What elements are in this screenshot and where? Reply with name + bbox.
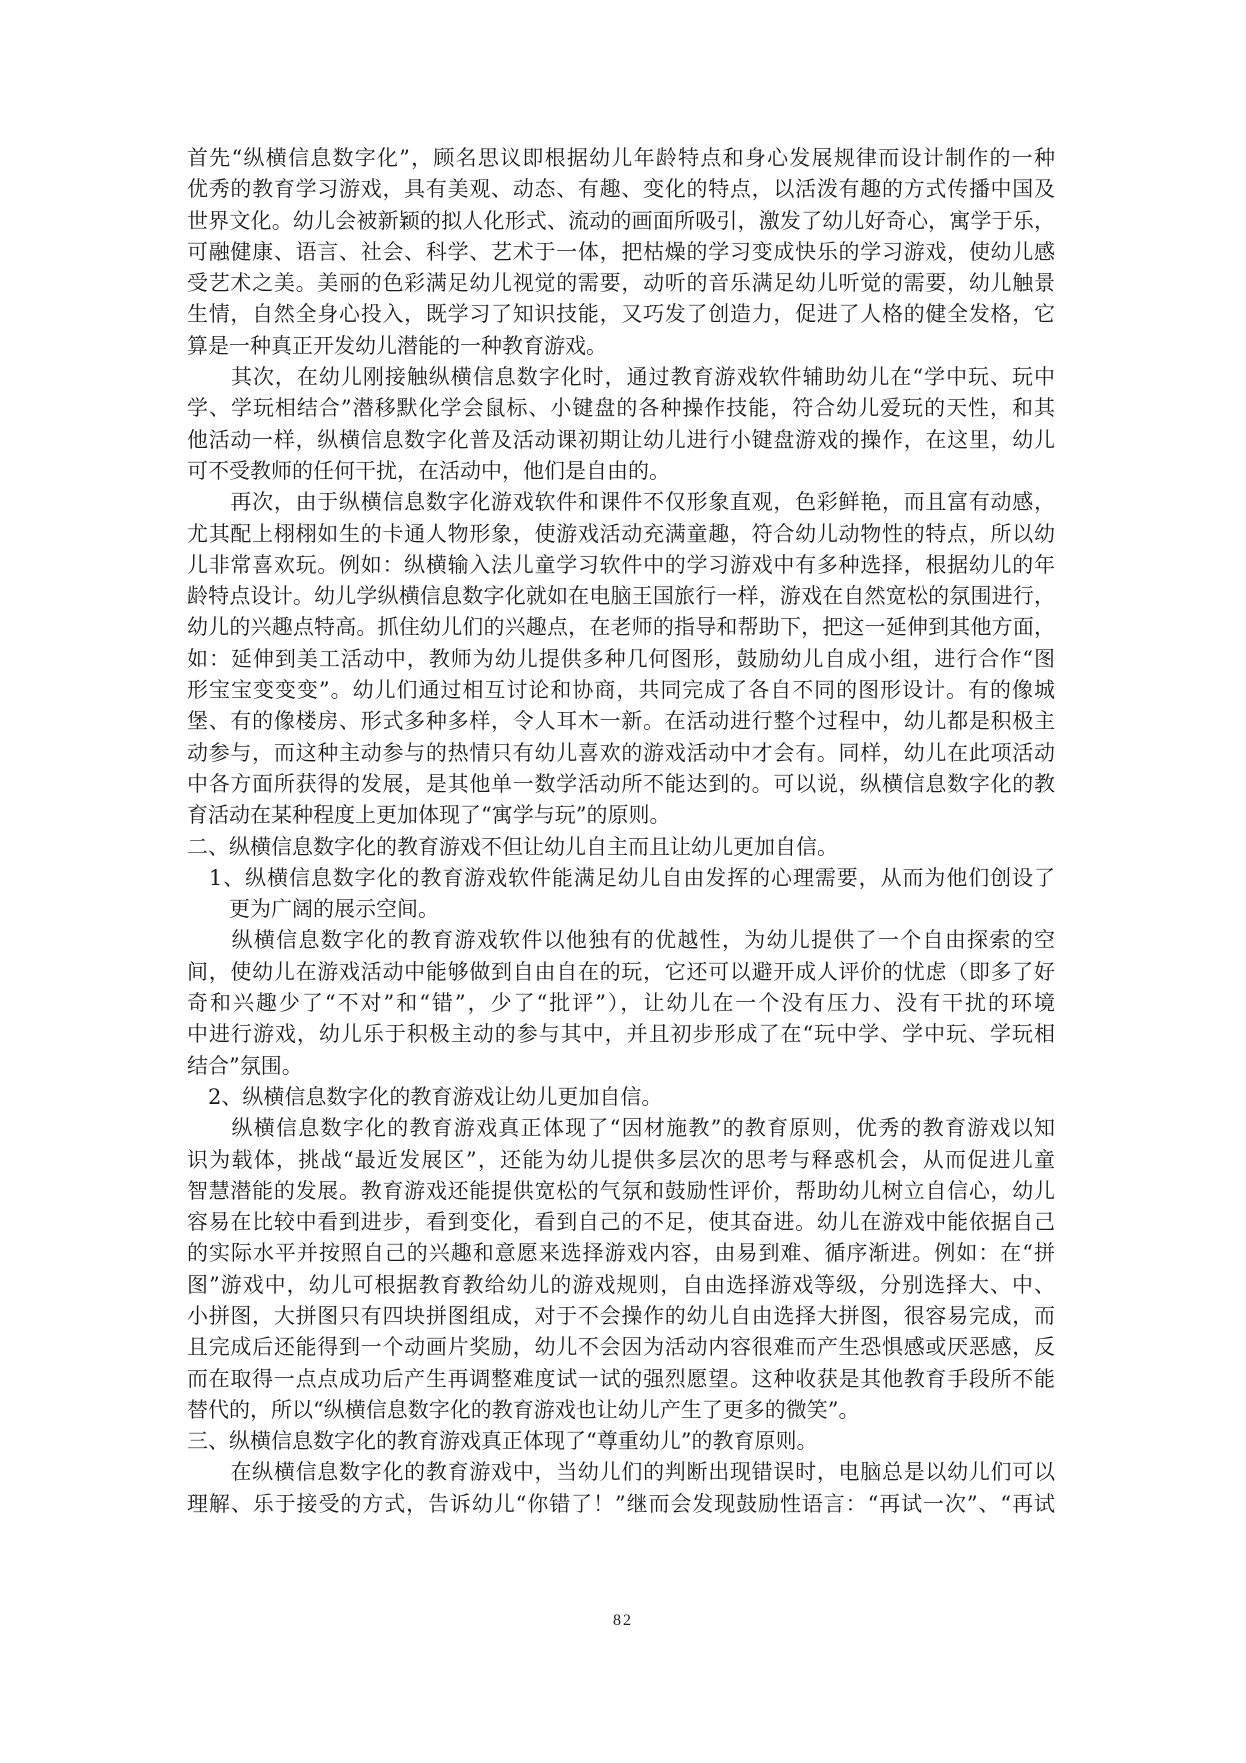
text-line: 再次，由于纵横信息数字化游戏软件和课件不仅形象直观，色彩鲜艳，而且富有动感， xyxy=(187,487,1055,518)
text-line: 替代的，所以“纵横信息数字化的教育游戏也让幼儿产生了更多的微笑”。 xyxy=(187,1395,1055,1426)
text-line: 其次，在幼儿刚接触纵横信息数字化时，通过教育游戏软件辅助幼儿在“学中玩、玩中 xyxy=(187,362,1055,393)
text-line: 而在取得一点点成功后产生再调整难度试一试的强烈愿望。这种收获是其他教育手段所不能 xyxy=(187,1364,1055,1395)
text-line: 容易在比较中看到进步，看到变化，看到自己的不足，使其奋进。幼儿在游戏中能依据自己 xyxy=(187,1207,1055,1238)
text-line: 优秀的教育学习游戏，具有美观、动态、有趣、变化的特点，以活泼有趣的方式传播中国及 xyxy=(187,174,1055,205)
text-line: 纵横信息数字化的教育游戏软件以他独有的优越性，为幼儿提供了一个自由探索的空 xyxy=(187,925,1055,956)
document-page: 首先“纵横信息数字化”，顾名思议即根据幼儿年龄特点和身心发展规律而设计制作的一种… xyxy=(0,0,1246,1763)
text-line: 奇和兴趣少了“不对”和“错”，少了“批评”），让幼儿在一个没有压力、没有干扰的环… xyxy=(187,988,1055,1019)
text-line: 可融健康、语言、社会、科学、艺术于一体，把枯燥的学习变成快乐的学习游戏，使幼儿感 xyxy=(187,237,1055,268)
text-line: 动参与，而这种主动参与的热情只有幼儿喜欢的游戏活动中才会有。同样，幼儿在此项活动 xyxy=(187,738,1055,769)
text-line: 理解、乐于接受的方式，告诉幼儿“你错了！”继而会发现鼓励性语言：“再试一次”、“… xyxy=(187,1489,1055,1520)
text-line: 图”游戏中，幼儿可根据教育教给幼儿的游戏规则，自由选择游戏等级，分别选择大、中、 xyxy=(187,1270,1055,1301)
text-line: 1、纵横信息数字化的教育游戏软件能满足幼儿自由发挥的心理需要，从而为他们创设了 xyxy=(187,863,1055,894)
text-line: 二、纵横信息数字化的教育游戏不但让幼儿自主而且让幼儿更加自信。 xyxy=(187,832,1055,863)
text-line: 生情，自然全身心投入，既学习了知识技能，又巧发了创造力，促进了人格的健全发格，它 xyxy=(187,299,1055,330)
text-line: 幼儿的兴趣点特高。抓住幼儿们的兴趣点，在老师的指导和帮助下，把这一延伸到其他方面… xyxy=(187,612,1055,643)
text-line: 三、纵横信息数字化的教育游戏真正体现了“尊重幼儿”的教育原则。 xyxy=(187,1426,1055,1457)
text-line: 如：延伸到美工活动中，教师为幼儿提供多种几何图形，鼓励幼儿自成小组，进行合作“图 xyxy=(187,644,1055,675)
text-line: 小拼图，大拼图只有四块拼图组成，对于不会操作的幼儿自由选择大拼图，很容易完成，而 xyxy=(187,1301,1055,1332)
text-line: 算是一种真正开发幼儿潜能的一种教育游戏。 xyxy=(187,331,1055,362)
text-line: 中各方面所获得的发展，是其他单一数学活动所不能达到的。可以说，纵横信息数字化的教 xyxy=(187,769,1055,800)
text-line: 且完成后还能得到一个动画片奖励，幼儿不会因为活动内容很难而产生恐惧感或厌恶感，反 xyxy=(187,1332,1055,1363)
text-line: 尤其配上栩栩如生的卡通人物形象，使游戏活动充满童趣，符合幼儿动物性的特点，所以幼 xyxy=(187,519,1055,550)
text-line: 育活动在某种程度上更加体现了“寓学与玩”的原则。 xyxy=(187,800,1055,831)
text-line: 儿非常喜欢玩。例如：纵横输入法儿童学习软件中的学习游戏中有多种选择，根据幼儿的年 xyxy=(187,550,1055,581)
text-line: 的实际水平并按照自己的兴趣和意愿来选择游戏内容，由易到难、循序渐进。例如：在“拼 xyxy=(187,1238,1055,1269)
text-line: 他活动一样，纵横信息数字化普及活动课初期让幼儿进行小键盘游戏的操作，在这里，幼儿 xyxy=(187,425,1055,456)
page-number: 82 xyxy=(0,1612,1246,1630)
text-line: 中进行游戏，幼儿乐于积极主动的参与其中，并且初步形成了在“玩中学、学中玩、学玩相 xyxy=(187,1019,1055,1050)
body-text: 首先“纵横信息数字化”，顾名思议即根据幼儿年龄特点和身心发展规律而设计制作的一种… xyxy=(187,143,1055,1520)
text-line: 更为广阔的展示空间。 xyxy=(187,894,1055,925)
text-line: 堡、有的像楼房、形式多种多样，令人耳木一新。在活动进行整个过程中，幼儿都是积极主 xyxy=(187,706,1055,737)
text-line: 受艺术之美。美丽的色彩满足幼儿视觉的需要，动听的音乐满足幼儿听觉的需要，幼儿触景 xyxy=(187,268,1055,299)
text-line: 形宝宝变变变”。幼儿们通过相互讨论和协商，共同完成了各自不同的图形设计。有的像城 xyxy=(187,675,1055,706)
text-line: 学、学玩相结合”潜移默化学会鼠标、小键盘的各种操作技能，符合幼儿爱玩的天性，和其 xyxy=(187,393,1055,424)
text-line: 2、纵横信息数字化的教育游戏让幼儿更加自信。 xyxy=(187,1082,1055,1113)
text-line: 智慧潜能的发展。教育游戏还能提供宽松的气氛和鼓励性评价，帮助幼儿树立自信心，幼儿 xyxy=(187,1176,1055,1207)
text-line: 在纵横信息数字化的教育游戏中，当幼儿们的判断出现错误时，电脑总是以幼儿们可以 xyxy=(187,1457,1055,1488)
text-line: 间，使幼儿在游戏活动中能够做到自由自在的玩，它还可以避开成人评价的忧虑（即多了好 xyxy=(187,957,1055,988)
text-line: 首先“纵横信息数字化”，顾名思议即根据幼儿年龄特点和身心发展规律而设计制作的一种 xyxy=(187,143,1055,174)
text-line: 龄特点设计。幼儿学纵横信息数字化就如在电脑王国旅行一样，游戏在自然宽松的氛围进行… xyxy=(187,581,1055,612)
text-line: 世界文化。幼儿会被新颖的拟人化形式、流动的画面所吸引，激发了幼儿好奇心，寓学于乐… xyxy=(187,206,1055,237)
text-line: 识为载体，挑战“最近发展区”，还能为幼儿提供多层次的思考与释惑机会，从而促进儿童 xyxy=(187,1145,1055,1176)
text-line: 结合”氛围。 xyxy=(187,1051,1055,1082)
text-line: 纵横信息数字化的教育游戏真正体现了“因材施教”的教育原则，优秀的教育游戏以知 xyxy=(187,1113,1055,1144)
text-line: 可不受教师的任何干扰，在活动中，他们是自由的。 xyxy=(187,456,1055,487)
